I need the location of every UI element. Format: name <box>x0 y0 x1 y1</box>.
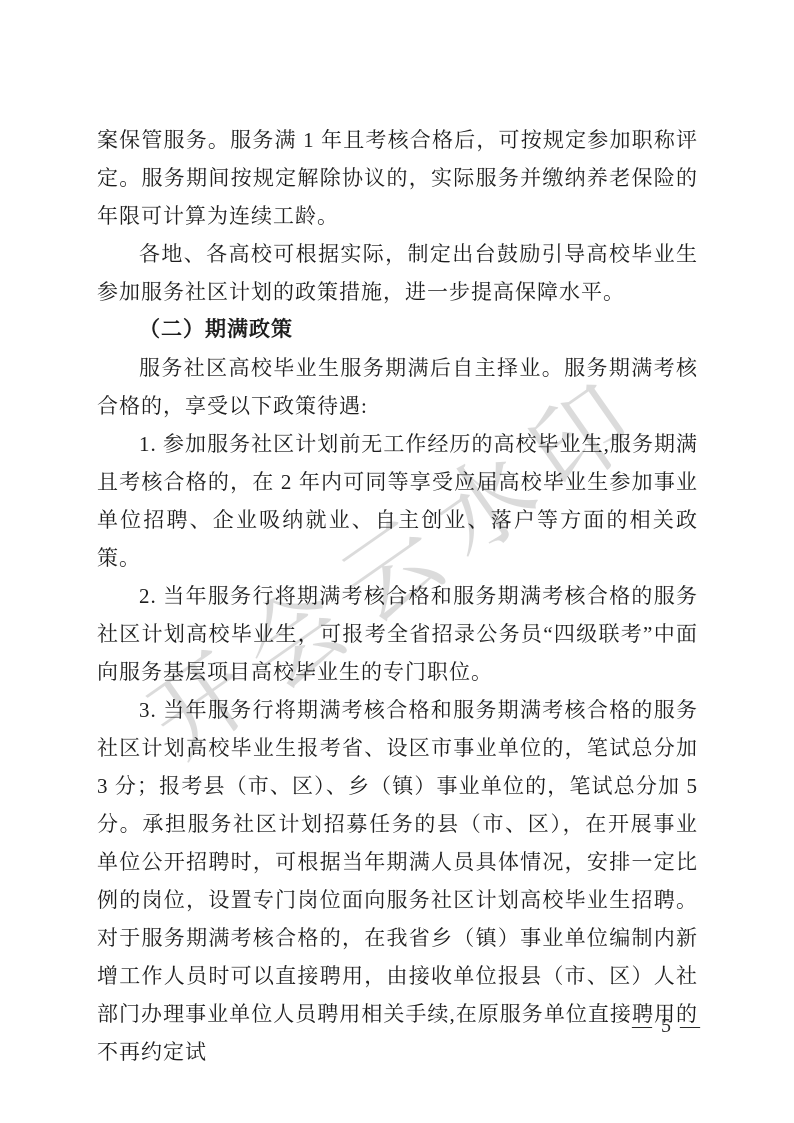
document-body: 案保管服务。服务满 1 年且考核合格后，可按规定参加职称评定。服务期间按规定解除… <box>97 121 698 1071</box>
paragraph: 3. 当年服务行将期满考核合格和服务期满考核合格的服务社区计划高校毕业生报考省、… <box>97 691 698 1071</box>
paragraph: 1. 参加服务社区计划前无工作经历的高校毕业生,服务期满且考核合格的，在 2 年… <box>97 425 698 577</box>
paragraph: 案保管服务。服务满 1 年且考核合格后，可按规定参加职称评定。服务期间按规定解除… <box>97 121 698 235</box>
page-number: — 5 — <box>612 1015 722 1038</box>
document-page: 开会云水印 案保管服务。服务满 1 年且考核合格后，可按规定参加职称评定。服务期… <box>0 0 794 1123</box>
paragraph: 服务社区高校毕业生服务期满后自主择业。服务期满考核合格的，享受以下政策待遇: <box>97 349 698 425</box>
paragraph: 各地、各高校可根据实际，制定出台鼓励引导高校毕业生参加服务社区计划的政策措施，进… <box>97 235 698 311</box>
section-heading: （二）期满政策 <box>97 311 698 349</box>
paragraph: 2. 当年服务行将期满考核合格和服务期满考核合格的服务社区计划高校毕业生，可报考… <box>97 577 698 691</box>
